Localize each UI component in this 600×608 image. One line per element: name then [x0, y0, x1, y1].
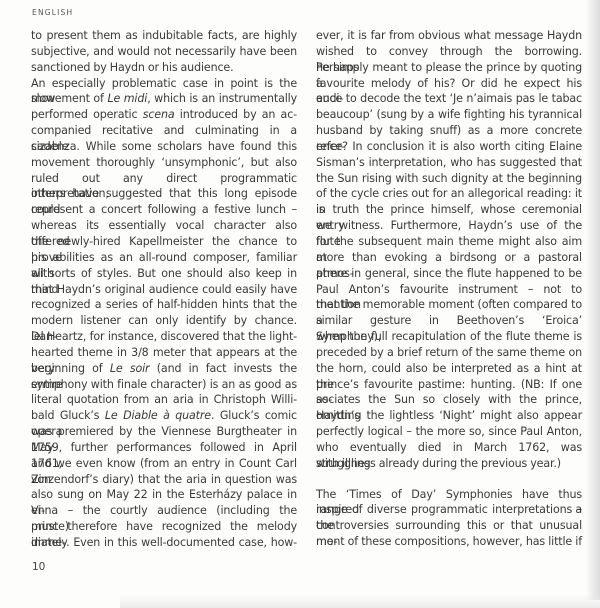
text-line: recognized a series of half-hidden hints… [31, 297, 297, 313]
section-label: ENGLISH [32, 8, 73, 17]
text-line: cadenza. While some scholars have found … [31, 139, 297, 155]
text-line: we witness. Furthermore, Haydn’s use of … [316, 218, 582, 234]
text-line: beaucoup’ (sung by a wife fighting his t… [316, 107, 582, 123]
text-line: An especially problematic case in point … [31, 76, 297, 92]
text-line: represent a concert following a festive … [31, 202, 297, 218]
text-line: The ‘Times of Day’ Symphonies have thus … [316, 487, 582, 503]
text-line: others have suggested that this long epi… [31, 186, 297, 202]
text-line: ence? In conclusion it is also worth cit… [316, 139, 582, 155]
text-line: wished to convey through the borrowing. … [316, 44, 582, 60]
text-line: companied recitative and culminating in … [31, 123, 297, 139]
text-line: for the subsequent main theme might also… [316, 234, 582, 250]
text-line: and we even know (from an entry in Count… [31, 456, 297, 472]
text-line: with illness already during the previous… [316, 456, 582, 472]
text-line: Sisman’s interpretation, who has suggest… [316, 155, 582, 171]
text-line: his abilities as an all-round composer, … [31, 250, 297, 266]
text-line: to present them as indubitable facts, ar… [31, 28, 297, 44]
text-line: prince’s favourite pastime: hunting. (NB… [316, 377, 582, 393]
text-line: the Sun rising with such dignity at the … [316, 171, 582, 187]
text-line: husband by taking snuff) as a more concr… [316, 123, 582, 139]
text-line: iel Heartz, for instance, discovered tha… [31, 329, 297, 345]
text-line: preceded by a brief return of the same t… [316, 345, 582, 361]
page-edge-shadow [586, 0, 600, 600]
text-line: also sung on May 22 in the Esterházy pal… [31, 487, 297, 503]
text-line: sanctioned by Haydn or his audience. [31, 60, 297, 76]
text-line: omitting the lightless ‘Night’ might als… [316, 408, 582, 424]
text-line: was premiered by the Viennese Burgtheate… [31, 424, 297, 440]
text-line: phere in general, since the flute happen… [316, 266, 582, 282]
text-line: hearted theme in 3/8 meter that appears … [31, 345, 297, 361]
text-line: range of diverse programmatic interpreta… [316, 502, 582, 518]
text-line: enna – the courtly audience (including t… [31, 503, 297, 519]
text-line: 1759, further performances followed in A… [31, 440, 297, 456]
text-line: ever, it is far from obvious what messag… [316, 28, 582, 44]
text-line: in truth the prince himself, whose cerem… [316, 202, 582, 218]
text-line: all sorts of styles. But one should also… [31, 266, 297, 282]
text-line: he simply meant to please the prince by … [316, 60, 582, 76]
text-line: must therefore have recognized the melod… [31, 519, 297, 535]
text-line: sociates the Sun so closely with the pri… [316, 392, 582, 408]
text-line: controversies surrounding this or that u… [316, 518, 582, 534]
text-line: Paul Anton’s favourite instrument – not … [316, 282, 582, 298]
text-line: symphony with finale character) is an as… [31, 377, 297, 393]
text-line: literal quotation from an aria in Christ… [31, 392, 297, 408]
text-line: performed operatic scena introduced by a… [31, 107, 297, 123]
text-line: ment of these compositions, however, has… [316, 534, 582, 550]
text-line: movement of Le midi, which is an instrum… [31, 91, 297, 107]
text-line: modern listener can only identify by cha… [31, 313, 297, 329]
text-line: ence to decode the text ‘Je n’aimais pas… [316, 91, 582, 107]
text-line: subjective, and would not necessarily ha… [31, 44, 297, 60]
paragraph-gap [316, 472, 582, 487]
text-line: movement thoroughly ‘unsymphonic’, but a… [31, 155, 297, 171]
text-line: ruled out any direct programmatic interp… [31, 171, 297, 187]
text-line: perfectly logical – the more so, since P… [316, 424, 582, 440]
right-column: ever, it is far from obvious what messag… [316, 28, 582, 550]
text-line: whereas its essentially vocal character … [31, 218, 297, 234]
text-line: that Haydn’s original audience could eas… [31, 282, 297, 298]
text-line: bald Gluck’s Le Diable à quatre. Gluck’s… [31, 408, 297, 424]
left-column: to present them as indubitable facts, ar… [31, 28, 297, 551]
text-line: the horn, could also be interpreted as a… [316, 361, 582, 377]
page-bottom-shadow [120, 594, 600, 608]
text-line: more than evoking a birdsong or a pastor… [316, 250, 582, 266]
text-line: diately. Even in this well-documented ca… [31, 535, 297, 551]
text-line: similar gesture in Beethoven’s ‘Eroica’ … [316, 313, 582, 329]
text-line: of the cycle cries out for an allegorica… [316, 186, 582, 202]
text-line: beginning of Le soir (and in fact invest… [31, 361, 297, 377]
text-line: the newly-hired Kapellmeister the chance… [31, 234, 297, 250]
text-line: when the full recapitulation of the flut… [316, 329, 582, 345]
text-line: that the memorable moment (often compare… [316, 297, 582, 313]
text-line: who eventually died in March 1762, was s… [316, 440, 582, 456]
text-line: Zinzendorf’s diary) that the aria in que… [31, 472, 297, 488]
text-line: favourite melody of his? Or did he expec… [316, 76, 582, 92]
page-number: 10 [32, 561, 45, 573]
